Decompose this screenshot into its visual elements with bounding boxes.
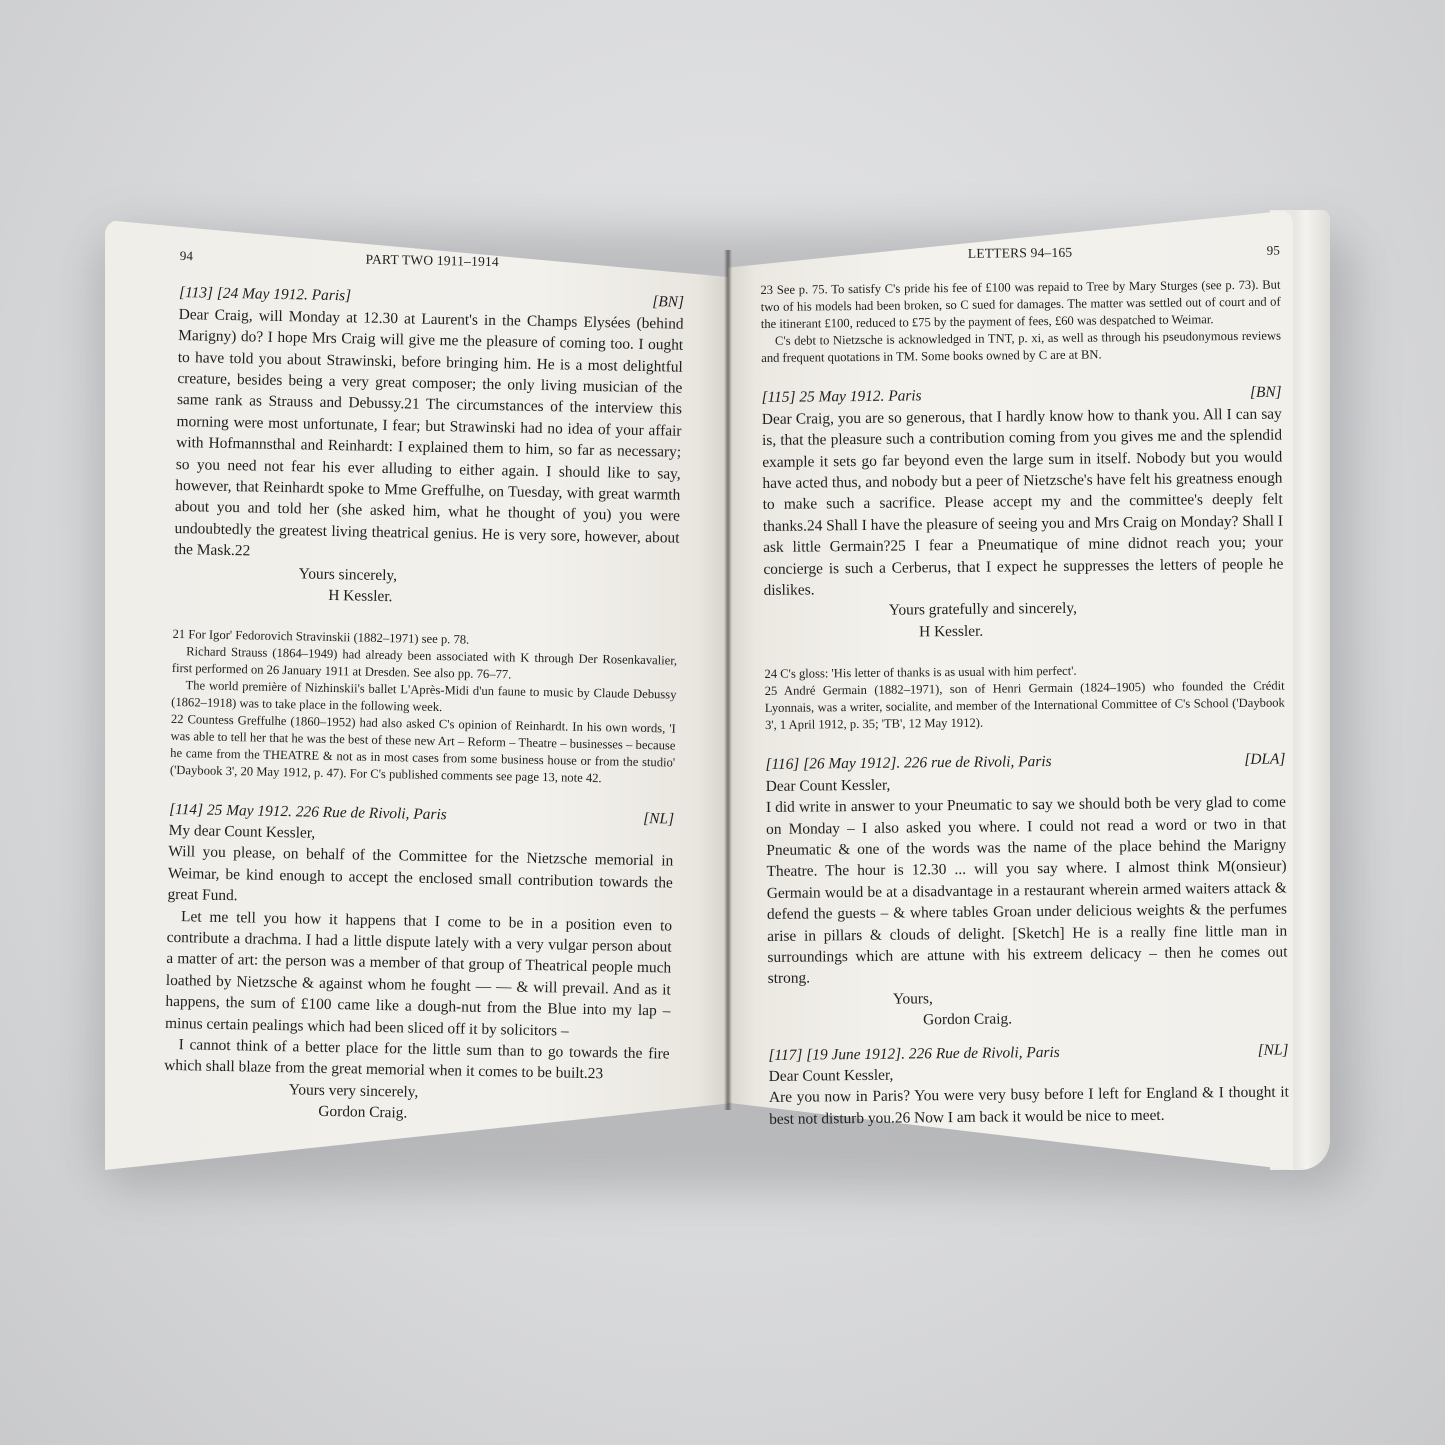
letter-117: [117] [19 June 1912]. 226 Rue de Rivoli,…	[768, 1039, 1289, 1130]
letter-116: [116] [26 May 1912]. 226 rue de Rivoli, …	[765, 749, 1288, 1033]
letter-115: [115] 25 May 1912. Paris [BN] Dear Craig…	[761, 382, 1284, 644]
letter-signature: H Kessler.	[764, 617, 1284, 644]
footnote: 25 André Germain (1882–1971), son of Hen…	[765, 678, 1286, 734]
page-number-left: 94	[180, 245, 194, 267]
letter-heading: [115] 25 May 1912. Paris	[761, 386, 921, 409]
letter-paragraph: Let me tell you how it happens that I co…	[165, 905, 672, 1043]
letter-source: [BN]	[652, 291, 684, 313]
right-page-text: 00 LETTERS 94–165 95 23 See p. 75. To sa…	[760, 240, 1289, 1131]
letter-source: [NL]	[643, 808, 674, 830]
book-gutter	[724, 250, 732, 1110]
running-head-title-right: LETTERS 94–165	[773, 240, 1266, 267]
letter-paragraph: Are you now in Paris? You were very busy…	[769, 1082, 1289, 1130]
footnote: C's debt to Nietzsche is acknowledged in…	[761, 328, 1281, 367]
footnote: 23 See p. 75. To satisfy C's pride his f…	[760, 277, 1281, 333]
letter-body: Dear Craig, you are so generous, that I …	[762, 403, 1284, 601]
letter-heading: [116] [26 May 1912]. 226 rue de Rivoli, …	[765, 751, 1051, 775]
right-running-head: 00 LETTERS 94–165 95	[760, 240, 1280, 267]
page-number-right: 95	[1267, 240, 1281, 262]
left-footnotes: 21 For Igor' Fedorovich Stravinskii (188…	[170, 625, 678, 788]
right-footnotes: 24 C's gloss: 'His letter of thanks is a…	[764, 661, 1285, 734]
letter-114: [114] 25 May 1912. 226 Rue de Rivoli, Pa…	[163, 798, 674, 1129]
letter-source: [DLA]	[1244, 749, 1285, 771]
right-top-footnotes: 23 See p. 75. To satisfy C's pride his f…	[760, 277, 1281, 367]
letter-source: [BN]	[1250, 382, 1282, 404]
letter-body: Dear Craig, will Monday at 12.30 at Laur…	[174, 304, 684, 571]
letter-source: [NL]	[1258, 1039, 1289, 1061]
footnote: 22 Countess Greffulhe (1860–1952) had al…	[170, 710, 676, 788]
letter-heading: [113] [24 May 1912. Paris]	[179, 282, 351, 307]
letter-paragraph: Will you please, on behalf of the Commit…	[167, 841, 673, 915]
letter-paragraph: I did write in answer to your Pneumatic …	[766, 792, 1288, 990]
left-page-text: 94 PART TWO 1911–1914 00 [113] [24 May 1…	[163, 245, 685, 1129]
letter-113: [113] [24 May 1912. Paris] [BN] Dear Cra…	[173, 282, 684, 613]
letter-heading: [117] [19 June 1912]. 226 Rue de Rivoli,…	[768, 1041, 1059, 1065]
